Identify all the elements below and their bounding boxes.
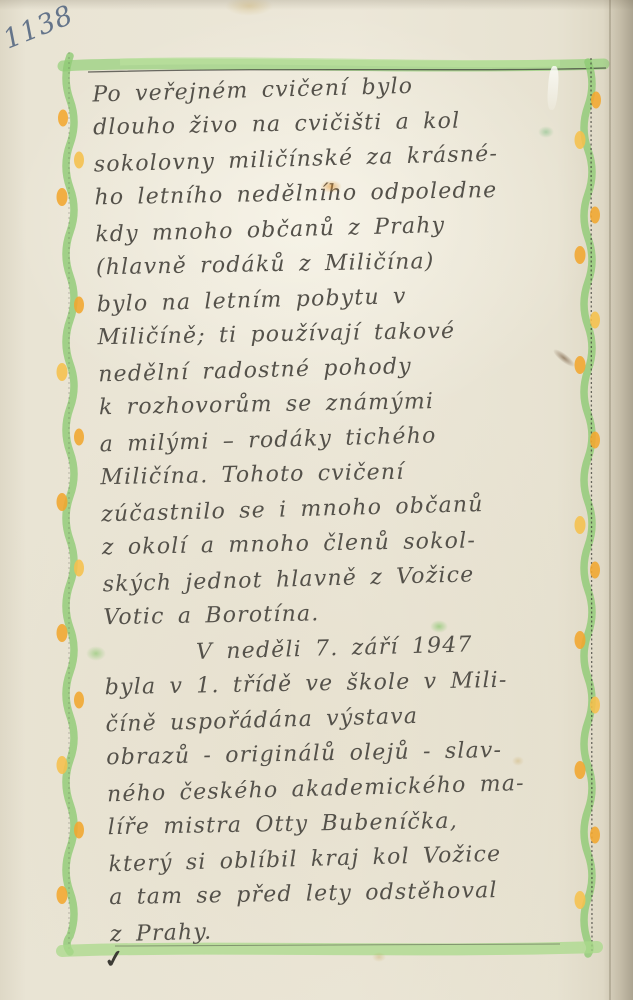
border-top-band-light: [120, 61, 560, 64]
checkmark: ✓: [102, 943, 126, 975]
manuscript-text: Po veřejném cvičení bylo dlouho živo na …: [92, 66, 602, 951]
page-edge-crease: [609, 0, 611, 1000]
scanned-chronicle-page: 1138: [0, 0, 633, 1000]
